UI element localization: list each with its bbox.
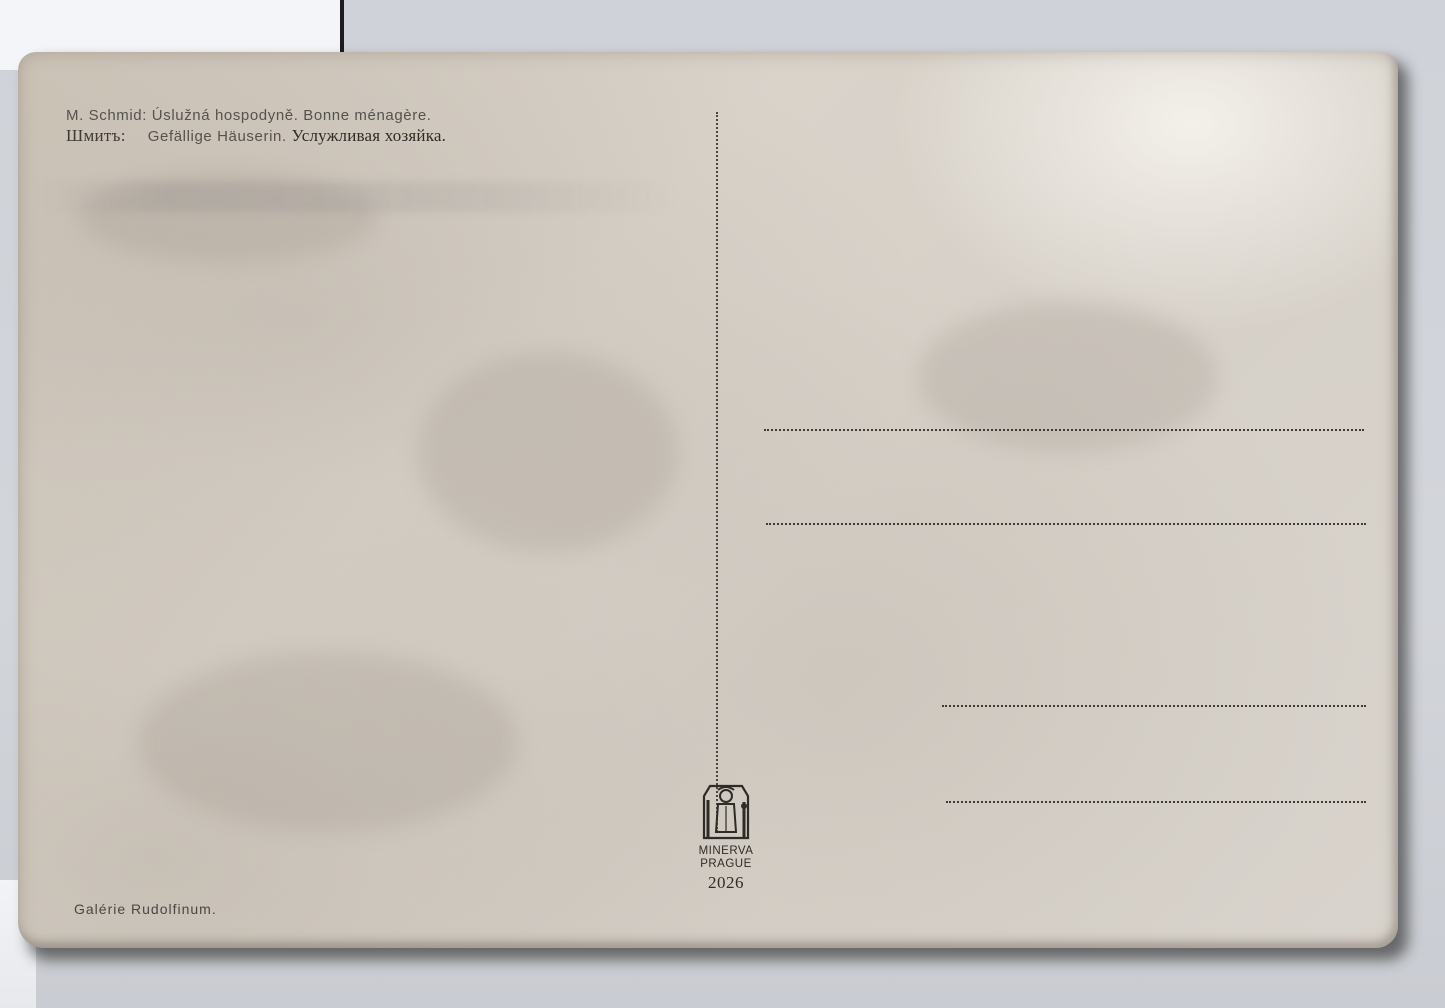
catalog-number: 2026 [690,873,762,893]
gallery-credit: Galérie Rudolfinum. [74,901,217,917]
dotted-divider [716,112,718,832]
bleed-through-text [38,182,678,212]
caption-line-2: Шмитъ:Gefällige Häuserin. Услужливая хоз… [66,126,446,147]
paper-stain [138,652,518,832]
address-line-3 [942,705,1366,707]
publisher-name-line-2: PRAGUE [690,858,762,871]
postcard-back: M. Schmid: Úslužná hospodyně. Bonne ména… [18,52,1398,948]
address-line-1 [764,429,1364,431]
minerva-figure-icon [700,782,752,840]
caption-title-ru: Услужливая хозяйка. [292,126,447,145]
sheet-edge-line [340,0,344,54]
publisher-name-line-1: MINERVA [690,845,762,858]
address-line-2 [766,523,1366,525]
caption-line-1: M. Schmid: Úslužná hospodyně. Bonne ména… [66,106,446,126]
publisher-mark: MINERVA PRAGUE 2026 [690,782,762,893]
artwork-caption: M. Schmid: Úslužná hospodyně. Bonne ména… [66,106,446,147]
address-line-4 [946,801,1366,803]
caption-author-ru: Шмитъ: [66,126,126,145]
paper-stain [418,352,678,552]
caption-title-de: Gefällige Häuserin. [148,128,287,145]
